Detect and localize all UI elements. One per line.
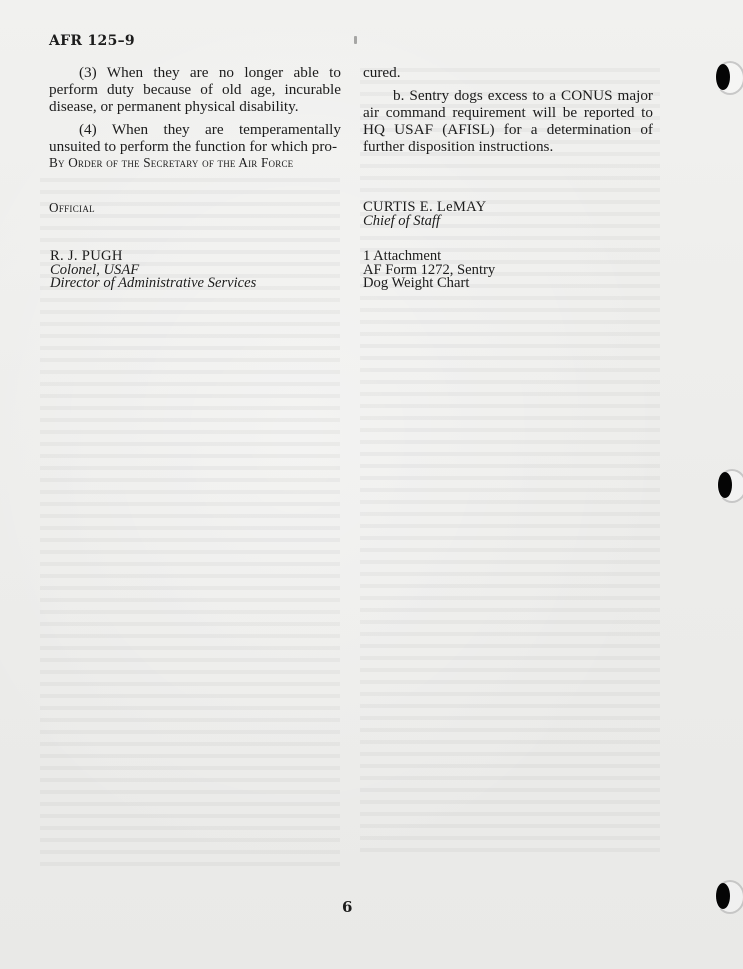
right-column: cured. b. Sentry dogs excess to a CONUS … — [363, 64, 653, 161]
signer-title: Director of Administrative Services — [50, 277, 256, 291]
paragraph-item-4: (4) When they are temperamentally unsuit… — [49, 121, 341, 155]
paper-speck — [354, 36, 357, 44]
document-id-header: AFR 125–9 — [49, 33, 135, 49]
show-through-texture-right — [360, 60, 660, 860]
left-column: (3) When they are no longer able to perf… — [49, 64, 341, 161]
punch-hole-icon — [716, 883, 730, 909]
paragraph-b: b. Sentry dogs excess to a CONUS major a… — [363, 87, 653, 155]
attachment-block: 1 Attachment AF Form 1272, Sentry Dog We… — [363, 250, 495, 291]
page-number: 6 — [342, 898, 352, 916]
paragraph-item-3: (3) When they are no longer able to perf… — [49, 64, 341, 115]
signature-block-lemay: CURTIS E. LeMAY Chief of Staff — [363, 201, 487, 228]
signer-title: Chief of Staff — [363, 215, 487, 229]
attachment-line-2: Dog Weight Chart — [363, 277, 495, 291]
paragraph-continuation: cured. — [363, 64, 653, 81]
document-page: AFR 125–9 (3) When they are no longer ab… — [0, 0, 743, 969]
punch-hole-icon — [718, 472, 732, 498]
signature-block-pugh: R. J. PUGH Colonel, USAF Director of Adm… — [50, 250, 256, 291]
official-label: Official — [49, 200, 95, 216]
punch-hole-icon — [716, 64, 730, 90]
by-order-line: By Order of the Secretary of the Air For… — [49, 155, 293, 171]
